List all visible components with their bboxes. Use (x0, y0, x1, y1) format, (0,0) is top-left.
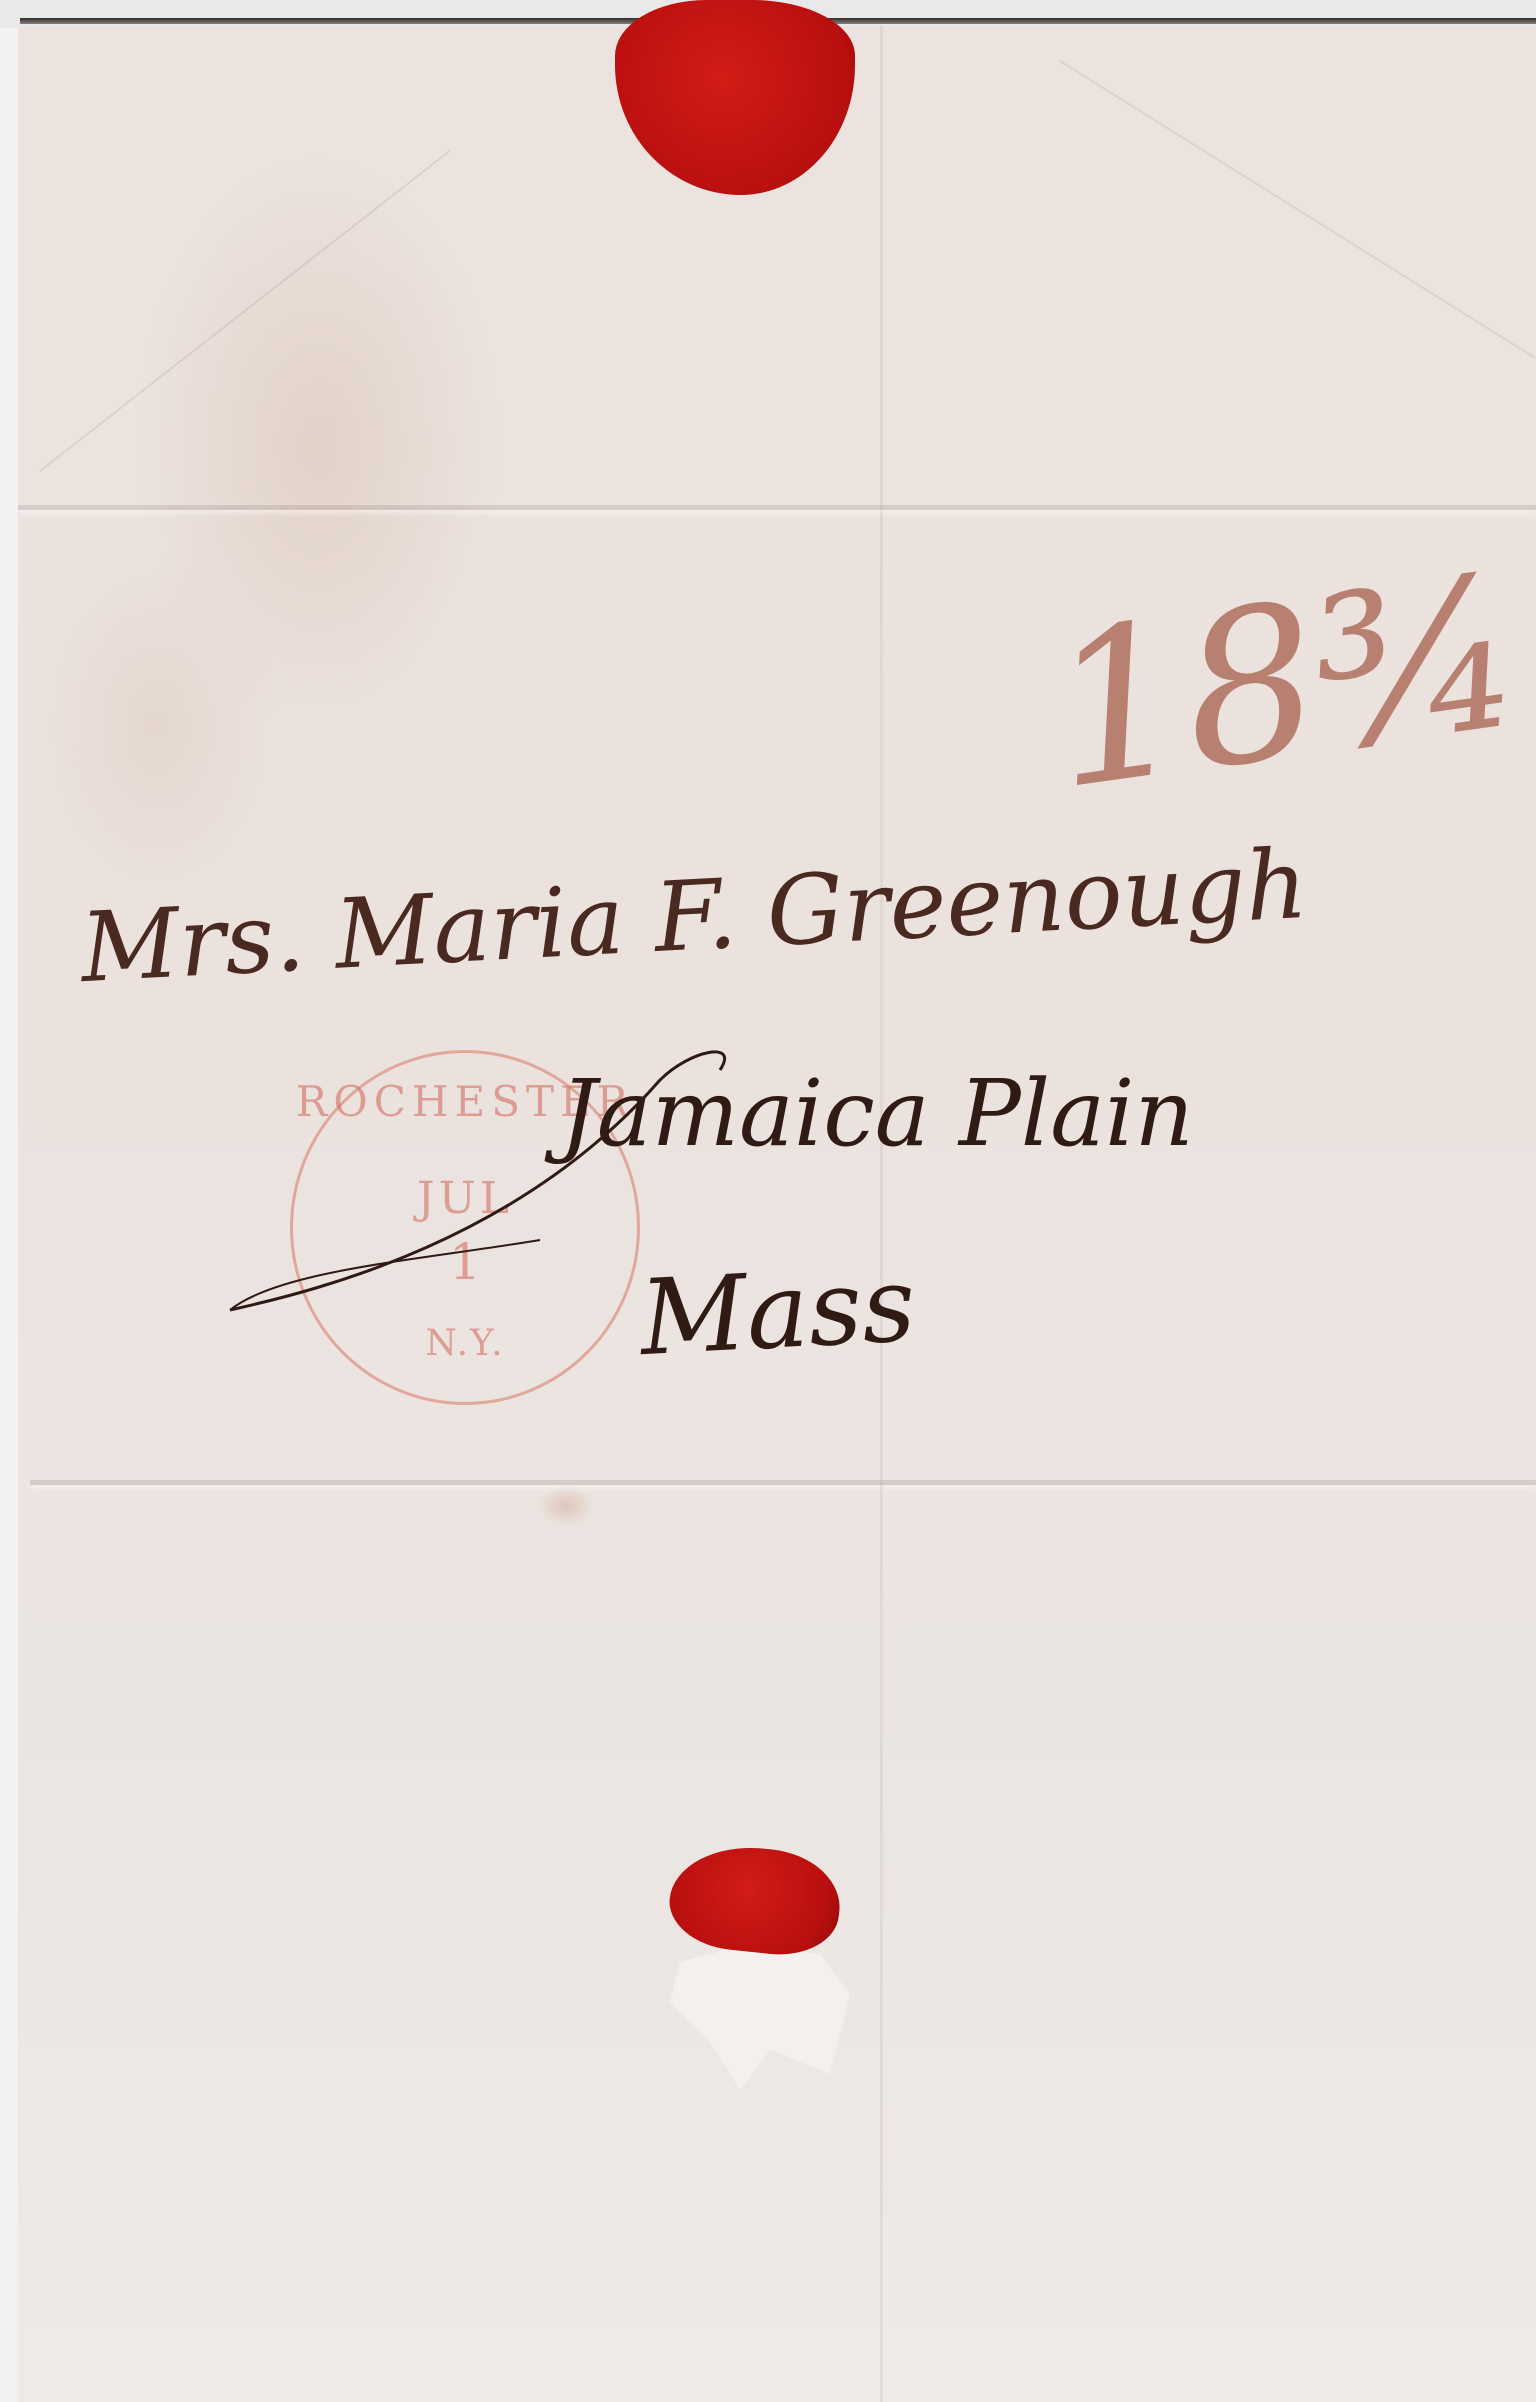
postmark-month: JUL (293, 1173, 637, 1224)
postmark-state: N.Y. (293, 1323, 637, 1364)
postmark-day: 1 (293, 1233, 637, 1291)
fold-crease-vertical (880, 26, 883, 2402)
fold-crease-upper (18, 505, 1536, 510)
recipient-town: Jamaica Plain (560, 1060, 1194, 1167)
fold-crease-lower (30, 1480, 1536, 1485)
recipient-state: Mass (637, 1243, 918, 1379)
